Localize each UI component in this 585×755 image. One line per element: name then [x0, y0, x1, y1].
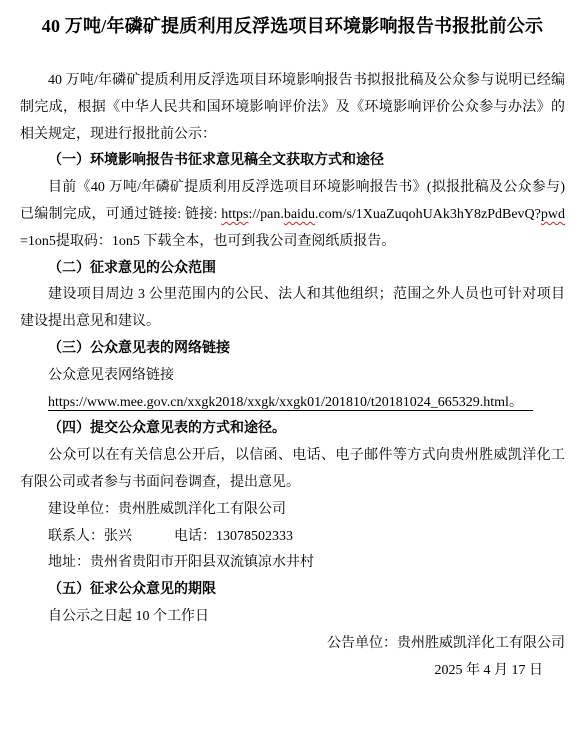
section-5-body: 自公示之日起 10 个工作日	[20, 604, 565, 631]
url-domain-misspelled: baidu	[284, 207, 315, 222]
announcer-line: 公告单位：贵州胜威凯洋化工有限公司	[20, 631, 565, 658]
public-notice-document: 40 万吨/年磷矿提质利用反浮选项目环境影响报告书报批前公示 40 万吨/年磷矿…	[0, 0, 585, 755]
intro-paragraph: 40 万吨/年磷矿提质利用反浮选项目环境影响报告书拟报批稿及公众参与说明已经编制…	[20, 68, 565, 148]
contact-line: 联系人：张兴电话：13078502333	[20, 524, 565, 551]
section-2-heading: （二）征求意见的公众范围	[20, 256, 565, 283]
url-param-misspelled: pwd	[541, 207, 565, 222]
contact-phone: 电话：13078502333	[174, 529, 293, 544]
section-1-heading: （一）环境影响报告书征求意见稿全文获取方式和途径	[20, 148, 565, 175]
url-separator-1: ://pan.	[248, 207, 283, 222]
section-4-body: 公众可以在有关信息公开后，以信函、电话、电子邮件等方式向贵州胜威凯洋化工有限公司…	[20, 443, 565, 497]
mee-feedback-form-link[interactable]: https://www.mee.gov.cn/xxgk2018/xxgk/xxg…	[48, 395, 533, 411]
contact-person: 联系人：张兴	[48, 529, 132, 544]
construction-unit-line: 建设单位：贵州胜威凯洋化工有限公司	[20, 497, 565, 524]
url-path: .com/s/1XuaZuqohUAk3hY8zPdBevQ?	[315, 207, 541, 222]
section-5-heading: （五）征求公众意见的期限	[20, 577, 565, 604]
section-3-heading: （三）公众意见表的网络链接	[20, 336, 565, 363]
notice-date: 2025 年 4 月 17 日	[20, 658, 565, 685]
section-4-heading: （四）提交公众意见表的方式和途径。	[20, 416, 565, 443]
feedback-form-link-line: https://www.mee.gov.cn/xxgk2018/xxgk/xxg…	[20, 390, 565, 417]
feedback-form-link-label: 公众意见表网络链接	[20, 363, 565, 390]
document-title: 40 万吨/年磷矿提质利用反浮选项目环境影响报告书报批前公示	[20, 12, 565, 40]
address-line: 地址：贵州省贵阳市开阳县双流镇凉水井村	[20, 550, 565, 577]
url-tail: =1on5	[20, 234, 56, 249]
section-2-body: 建设项目周边 3 公里范围内的公民、法人和其他组织；范围之外人员也可针对项目建设…	[20, 282, 565, 336]
url-scheme-misspelled: https	[221, 207, 248, 222]
section-1-body: 目前《40 万吨/年磷矿提质利用反浮选项目环境影响报告书》(拟报批稿及公众参与)…	[20, 175, 565, 255]
section-1-body-suffix: 提取码：1on5 下载全本，也可到我公司查阅纸质报告。	[56, 234, 396, 249]
